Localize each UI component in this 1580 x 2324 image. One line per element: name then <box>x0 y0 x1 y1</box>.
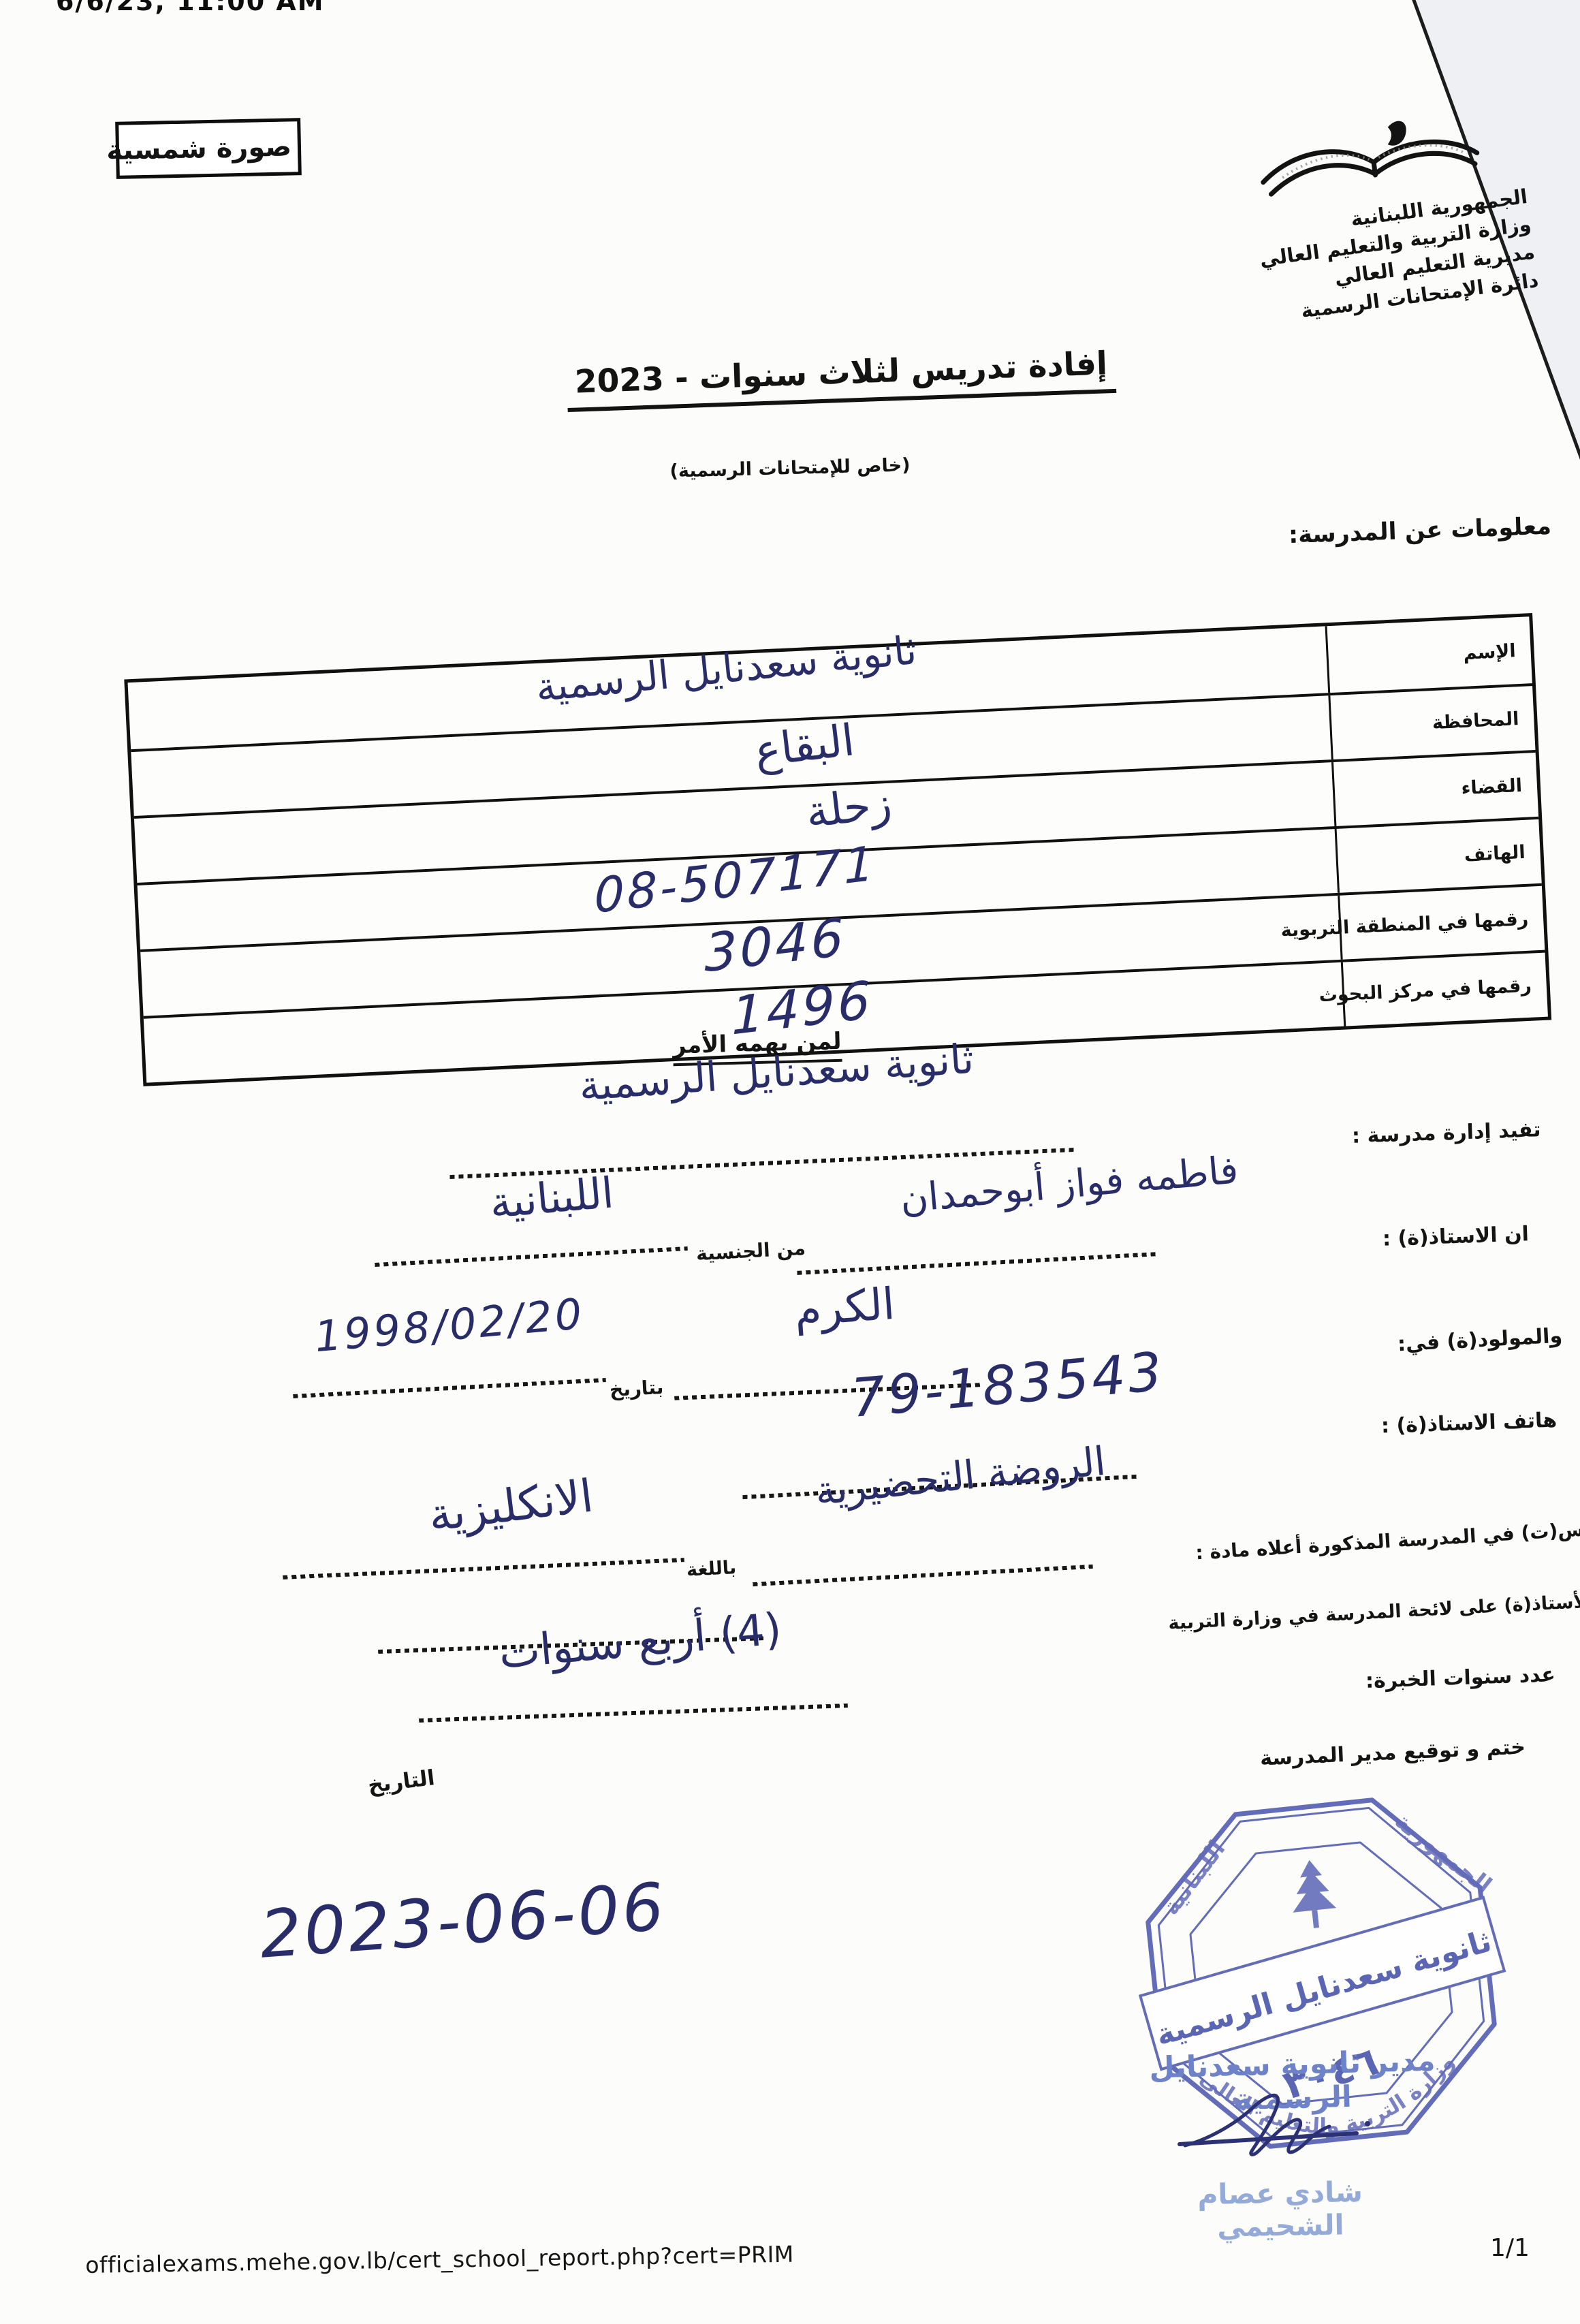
print-footer-url: officialexams.mehe.gov.lb/cert_school_re… <box>85 2241 794 2278</box>
language-label: باللغة <box>686 1557 737 1581</box>
cedar-tree-icon <box>1288 1858 1338 1930</box>
teacher-phone-value: 79-183543 <box>761 1338 1254 1433</box>
birthplace-label: والمولود(ة) في: <box>1397 1324 1563 1357</box>
table-label: الإسم <box>1325 616 1532 693</box>
dotted-line <box>753 1565 1093 1586</box>
scanned-teaching-certificate: 6/6/23, 11:00 AM صورة شمسية الجمهورية ال… <box>0 0 1580 2324</box>
dotted-line <box>797 1252 1158 1275</box>
broken-image-icon <box>294 128 294 165</box>
photo-placeholder-box: صورة شمسية <box>115 118 302 179</box>
experience-value: (4) أربع سنوات <box>401 1599 880 1684</box>
date-label: التاريخ <box>366 1765 436 1798</box>
teacher-name-value: فاطمه فواز أبوحمدان <box>762 1140 1376 1231</box>
stamp-edge-text: اللبنانية <box>1157 1836 1231 1921</box>
governorate-value: البقاع <box>753 719 857 774</box>
principal-name-stamp-text: شادي عصام الشحيمي <box>1130 2174 1431 2245</box>
roster-number-label: رقم الأستاذ(ة) على لائحة المدرسة في وزار… <box>1168 1588 1580 1634</box>
page-number: 1/1 <box>1490 2234 1530 2262</box>
school-info-heading: معلومات عن المدرسة: <box>1265 513 1551 550</box>
dotted-line <box>375 1246 688 1267</box>
school-name-value: ثانوية سعدنايل الرسمية <box>534 630 918 707</box>
language-value: الانكليزية <box>319 1460 703 1552</box>
subject-value: الروضة التحضيرية <box>721 1432 1199 1521</box>
dotted-line <box>419 1703 848 1723</box>
dotted-line <box>283 1558 684 1580</box>
birthdate-label: بتاريخ <box>609 1376 664 1401</box>
photo-box-label: صورة شمسية <box>106 131 292 166</box>
subject-label: درس(ت) في المدرسة المذكورة أعلاه مادة : <box>1195 1517 1580 1565</box>
table-label: القضاء <box>1331 753 1538 826</box>
principal-signature <box>1158 2079 1403 2181</box>
stamp-edge-text: الجمهورية <box>1389 1807 1496 1899</box>
date-value: 2023-06-06 <box>203 1870 724 1972</box>
table-label: الهاتف <box>1335 819 1542 893</box>
teacher-label: ان الاستاذ(ة) : <box>1382 1222 1529 1251</box>
dotted-line <box>293 1378 606 1398</box>
district-number-value: 3046 <box>704 911 847 979</box>
teacher-phone-label: هاتف الاستاذ(ة) : <box>1380 1409 1557 1439</box>
table-label: رقمها في المنطقة التربوية <box>1338 886 1545 960</box>
certifying-school-label: تفيد إدارة مدرسة : <box>1351 1118 1541 1148</box>
nationality-label: من الجنسية <box>695 1237 806 1265</box>
district-value: زحلة <box>804 781 894 834</box>
table-label: رقمها في مركز البحوث <box>1341 953 1548 1026</box>
print-timestamp: 6/6/23, 11:00 AM <box>56 0 325 16</box>
birthplace-value: الكرم <box>707 1276 981 1339</box>
school-info-table: ثانوية سعدنايل الرسمية الإسم البقاع المح… <box>124 613 1551 1086</box>
experience-label: عدد سنوات الخبرة: <box>1365 1663 1555 1693</box>
birthdate-value: 1998/02/20 <box>285 1290 614 1361</box>
table-label: المحافظة <box>1328 686 1535 759</box>
